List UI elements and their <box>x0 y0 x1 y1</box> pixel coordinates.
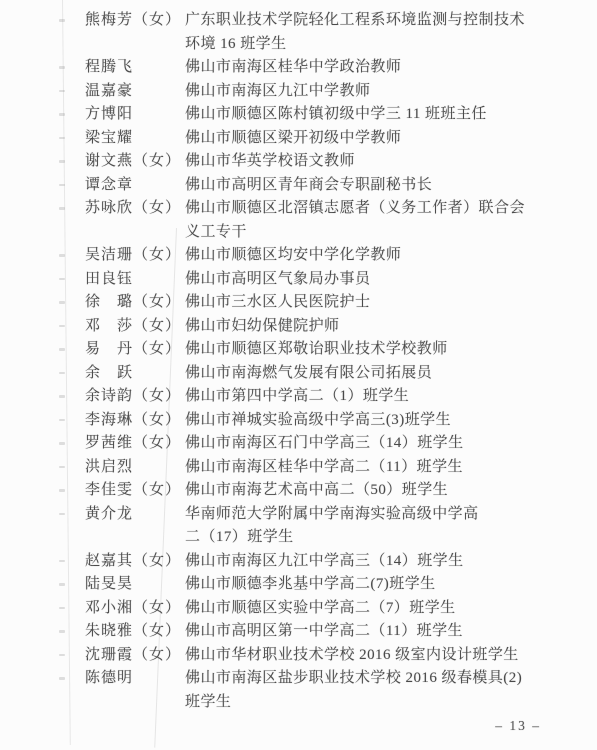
person-description: 佛山市高明区第一中学高二（11）班学生 <box>185 620 565 644</box>
name-column: 罗茜维（女） <box>85 432 185 456</box>
name-column: 陈德明 <box>85 667 185 691</box>
name-column: 苏咏欣（女） <box>85 197 185 221</box>
person-name: 李海琳 <box>85 409 133 433</box>
list-item: 吴洁珊（女） 佛山市顺德区均安中学化学教师 <box>85 244 565 268</box>
list-item: 苏咏欣（女） 佛山市顺德区北滘镇志愿者（义务工作者）联合会 义工专干 <box>85 197 565 244</box>
person-name: 谢文燕 <box>85 150 133 174</box>
person-description: 佛山市三水区人民医院护士 <box>185 291 565 315</box>
name-column: 易 丹（女） <box>85 338 185 362</box>
list-item: 方博阳 佛山市顺德区陈村镇初级中学三 11 班班主任 <box>85 103 565 127</box>
person-name: 陆旻昊 <box>85 573 133 597</box>
list-item: 徐 璐（女） 佛山市三水区人民医院护士 <box>85 291 565 315</box>
person-name: 徐 璐 <box>85 291 133 315</box>
person-name: 温嘉豪 <box>85 80 133 104</box>
gender-marker: （女） <box>133 647 181 663</box>
list-item: 田良钰 佛山市高明区气象局办事员 <box>85 268 565 292</box>
gender-marker: （女） <box>133 341 181 357</box>
name-column: 徐 璐（女） <box>85 291 185 315</box>
page-number: – 13 – <box>495 718 541 734</box>
person-name: 李佳雯 <box>85 479 133 503</box>
gender-marker: （女） <box>133 12 181 28</box>
person-description: 佛山市顺德区北滘镇志愿者（义务工作者）联合会 义工专干 <box>185 197 565 244</box>
person-name: 吴洁珊 <box>85 244 133 268</box>
person-name: 熊梅芳 <box>85 9 133 33</box>
name-column: 余 跃 <box>85 362 185 386</box>
person-name: 罗茜维 <box>85 432 133 456</box>
person-name: 朱晓雅 <box>85 620 133 644</box>
person-name: 沈珊霞 <box>85 644 133 668</box>
person-name: 余 跃 <box>85 362 133 386</box>
list-item: 陆旻昊 佛山市顺德李兆基中学高二(7)班学生 <box>85 573 565 597</box>
list-item: 谭念章 佛山市高明区青年商会专职副秘书长 <box>85 174 565 198</box>
person-name: 程腾飞 <box>85 56 133 80</box>
person-description: 华南师范大学附属中学南海实验高级中学高 二（17）班学生 <box>185 503 565 550</box>
person-name: 邓 莎 <box>85 315 133 339</box>
gender-marker: （女） <box>133 553 181 569</box>
person-description: 佛山市南海区盐步职业技术学校 2016 级春模具(2) 班学生 <box>185 667 565 714</box>
person-name: 田良钰 <box>85 268 133 292</box>
person-description: 佛山市南海区石门中学高三（14）班学生 <box>185 432 565 456</box>
list-item: 邓 莎（女） 佛山市妇幼保健院护师 <box>85 315 565 339</box>
name-column: 谭念章 <box>85 174 185 198</box>
person-description: 佛山市顺德区梁开初级中学教师 <box>185 127 565 151</box>
gender-marker: （女） <box>133 600 181 616</box>
name-column: 赵嘉其（女） <box>85 550 185 574</box>
person-description: 佛山市华英学校语文教师 <box>185 150 565 174</box>
name-column: 梁宝耀 <box>85 127 185 151</box>
name-column: 洪启烈 <box>85 456 185 480</box>
name-column: 温嘉豪 <box>85 80 185 104</box>
name-column: 邓小湘（女） <box>85 597 185 621</box>
gender-marker: （女） <box>133 153 181 169</box>
person-description: 佛山市南海燃气发展有限公司拓展员 <box>185 362 565 386</box>
name-column: 李海琳（女） <box>85 409 185 433</box>
list-item: 赵嘉其（女） 佛山市南海区九江中学高三（14）班学生 <box>85 550 565 574</box>
name-column: 谢文燕（女） <box>85 150 185 174</box>
person-description: 佛山市高明区青年商会专职副秘书长 <box>185 174 565 198</box>
name-column: 朱晓雅（女） <box>85 620 185 644</box>
name-column: 田良钰 <box>85 268 185 292</box>
person-description: 佛山市妇幼保健院护师 <box>185 315 565 339</box>
person-name: 赵嘉其 <box>85 550 133 574</box>
name-column: 方博阳 <box>85 103 185 127</box>
gender-marker: （女） <box>133 200 181 216</box>
gender-marker: （女） <box>133 623 181 639</box>
list-item: 余诗韵（女） 佛山市第四中学高二（1）班学生 <box>85 385 565 409</box>
name-column: 邓 莎（女） <box>85 315 185 339</box>
person-description: 佛山市南海区桂华中学高二（11）班学生 <box>185 456 565 480</box>
gender-marker: （女） <box>133 318 181 334</box>
person-description: 佛山市顺德区实验中学高二（7）班学生 <box>185 597 565 621</box>
person-description: 佛山市南海艺术高中高二（50）班学生 <box>185 479 565 503</box>
person-name: 谭念章 <box>85 174 133 198</box>
list-item: 梁宝耀 佛山市顺德区梁开初级中学教师 <box>85 127 565 151</box>
list-item: 沈珊霞（女） 佛山市华材职业技术学校 2016 级室内设计班学生 <box>85 644 565 668</box>
person-description: 佛山市南海区九江中学高三（14）班学生 <box>185 550 565 574</box>
person-description: 佛山市南海区九江中学教师 <box>185 80 565 104</box>
name-column: 黄介龙 <box>85 503 185 527</box>
person-description: 佛山市禅城实验高级中学高三(3)班学生 <box>185 409 565 433</box>
person-name: 方博阳 <box>85 103 133 127</box>
list-item: 罗茜维（女） 佛山市南海区石门中学高三（14）班学生 <box>85 432 565 456</box>
list-item: 陈德明 佛山市南海区盐步职业技术学校 2016 级春模具(2) 班学生 <box>85 667 565 714</box>
name-column: 李佳雯（女） <box>85 479 185 503</box>
name-column: 陆旻昊 <box>85 573 185 597</box>
person-name: 黄介龙 <box>85 503 133 527</box>
recipient-list: 熊梅芳（女） 广东职业技术学院轻化工程系环境监测与控制技术 环境 16 班学生 … <box>85 9 565 714</box>
list-item: 程腾飞 佛山市南海区桂华中学政治教师 <box>85 56 565 80</box>
person-name: 余诗韵 <box>85 385 133 409</box>
person-description: 广东职业技术学院轻化工程系环境监测与控制技术 环境 16 班学生 <box>185 9 565 56</box>
gender-marker: （女） <box>133 435 181 451</box>
person-name: 梁宝耀 <box>85 127 133 151</box>
person-description: 佛山市第四中学高二（1）班学生 <box>185 385 565 409</box>
list-item: 温嘉豪 佛山市南海区九江中学教师 <box>85 80 565 104</box>
gender-marker: （女） <box>133 412 181 428</box>
list-item: 谢文燕（女） 佛山市华英学校语文教师 <box>85 150 565 174</box>
person-name: 邓小湘 <box>85 597 133 621</box>
list-item: 邓小湘（女） 佛山市顺德区实验中学高二（7）班学生 <box>85 597 565 621</box>
list-item: 朱晓雅（女） 佛山市高明区第一中学高二（11）班学生 <box>85 620 565 644</box>
name-column: 吴洁珊（女） <box>85 244 185 268</box>
person-name: 洪启烈 <box>85 456 133 480</box>
person-description: 佛山市南海区桂华中学政治教师 <box>185 56 565 80</box>
gender-marker: （女） <box>133 388 181 404</box>
person-name: 苏咏欣 <box>85 197 133 221</box>
list-item: 李佳雯（女） 佛山市南海艺术高中高二（50）班学生 <box>85 479 565 503</box>
list-item: 易 丹（女） 佛山市顺德区郑敬诒职业技术学校教师 <box>85 338 565 362</box>
list-item: 余 跃 佛山市南海燃气发展有限公司拓展员 <box>85 362 565 386</box>
list-item: 洪启烈 佛山市南海区桂华中学高二（11）班学生 <box>85 456 565 480</box>
person-name: 易 丹 <box>85 338 133 362</box>
document-page: 熊梅芳（女） 广东职业技术学院轻化工程系环境监测与控制技术 环境 16 班学生 … <box>0 0 597 750</box>
person-description: 佛山市顺德区陈村镇初级中学三 11 班班主任 <box>185 103 565 127</box>
person-description: 佛山市顺德区郑敬诒职业技术学校教师 <box>185 338 565 362</box>
gender-marker: （女） <box>133 482 181 498</box>
person-description: 佛山市顺德李兆基中学高二(7)班学生 <box>185 573 565 597</box>
list-item: 黄介龙 华南师范大学附属中学南海实验高级中学高 二（17）班学生 <box>85 503 565 550</box>
person-description: 佛山市顺德区均安中学化学教师 <box>185 244 565 268</box>
person-description: 佛山市华材职业技术学校 2016 级室内设计班学生 <box>185 644 565 668</box>
person-name: 陈德明 <box>85 667 133 691</box>
name-column: 程腾飞 <box>85 56 185 80</box>
name-column: 余诗韵（女） <box>85 385 185 409</box>
person-description: 佛山市高明区气象局办事员 <box>185 268 565 292</box>
gender-marker: （女） <box>133 247 181 263</box>
gender-marker: （女） <box>133 294 181 310</box>
name-column: 沈珊霞（女） <box>85 644 185 668</box>
list-item: 李海琳（女） 佛山市禅城实验高级中学高三(3)班学生 <box>85 409 565 433</box>
name-column: 熊梅芳（女） <box>85 9 185 33</box>
list-item: 熊梅芳（女） 广东职业技术学院轻化工程系环境监测与控制技术 环境 16 班学生 <box>85 9 565 56</box>
